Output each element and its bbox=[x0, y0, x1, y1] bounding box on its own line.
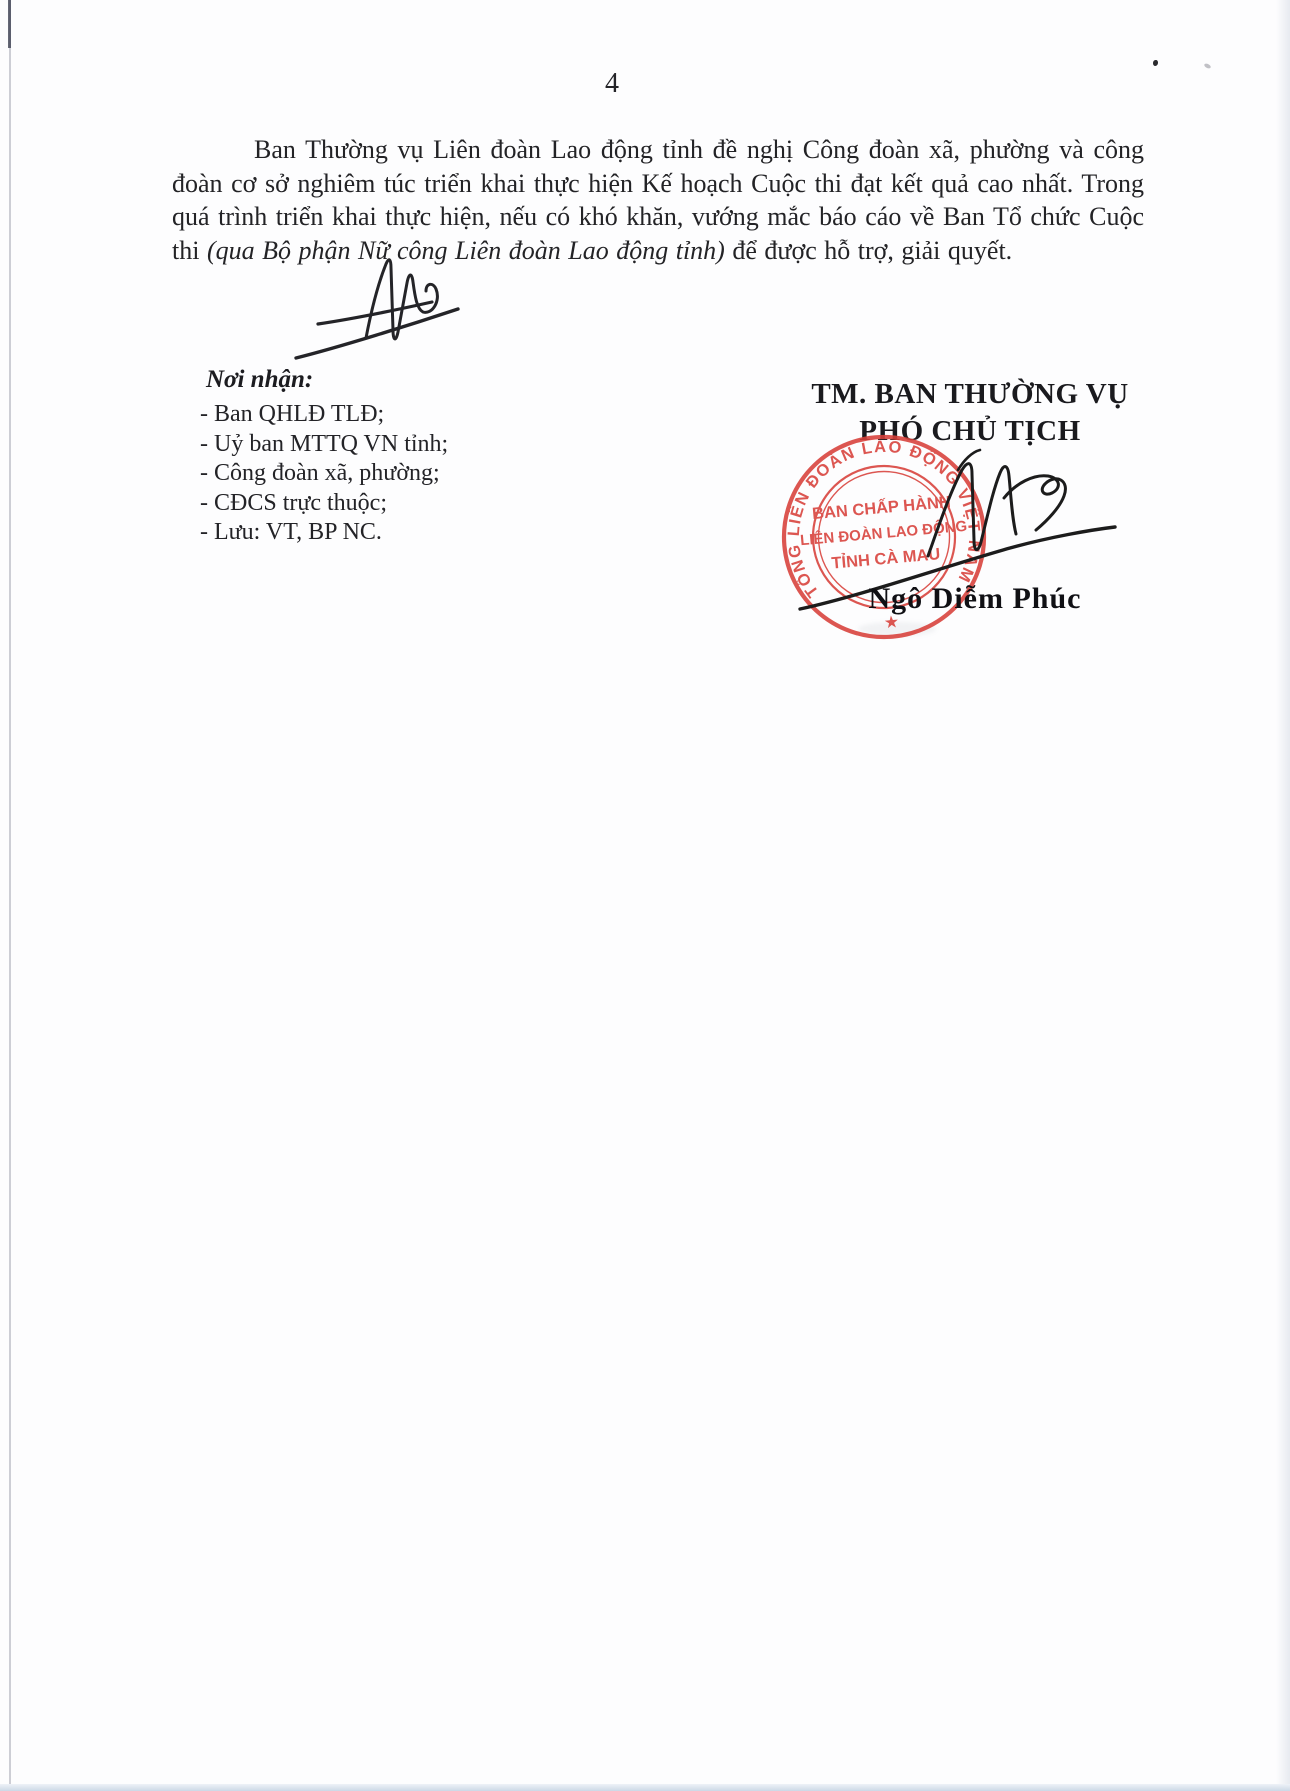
recipient-item: - Lưu: VT, BP NC. bbox=[200, 518, 448, 548]
scan-speck bbox=[1203, 63, 1211, 70]
scan-bottom-edge-strip bbox=[0, 1784, 1290, 1791]
scan-left-edge-line bbox=[9, 0, 11, 1791]
recipient-item: - Uỷ ban MTTQ VN tỉnh; bbox=[200, 430, 448, 460]
recipients-block: Nơi nhận: - Ban QHLĐ TLĐ; - Uỷ ban MTTQ … bbox=[200, 366, 448, 548]
scan-speck bbox=[1153, 60, 1158, 66]
recipients-heading: Nơi nhận: bbox=[206, 366, 448, 394]
recipient-item: - Công đoàn xã, phường; bbox=[200, 459, 448, 489]
paragraph-text-normal: để được hỗ trợ, giải quyết. bbox=[725, 236, 1012, 265]
page-number: 4 bbox=[172, 68, 1052, 100]
signature-heading-line1: TM. BAN THƯỜNG VỤ bbox=[770, 376, 1170, 413]
recipient-item: - Ban QHLĐ TLĐ; bbox=[200, 400, 448, 430]
document-page: 4 Ban Thường vụ Liên đoàn Lao động tỉnh … bbox=[0, 0, 1290, 1791]
scan-left-edge-dark-segment bbox=[8, 0, 11, 48]
handwritten-initials bbox=[278, 246, 478, 370]
signer-name: Ngô Diễm Phúc bbox=[840, 582, 1110, 616]
scan-right-edge-shadow bbox=[1276, 0, 1290, 1791]
recipient-item: - CĐCS trực thuộc; bbox=[200, 489, 448, 519]
